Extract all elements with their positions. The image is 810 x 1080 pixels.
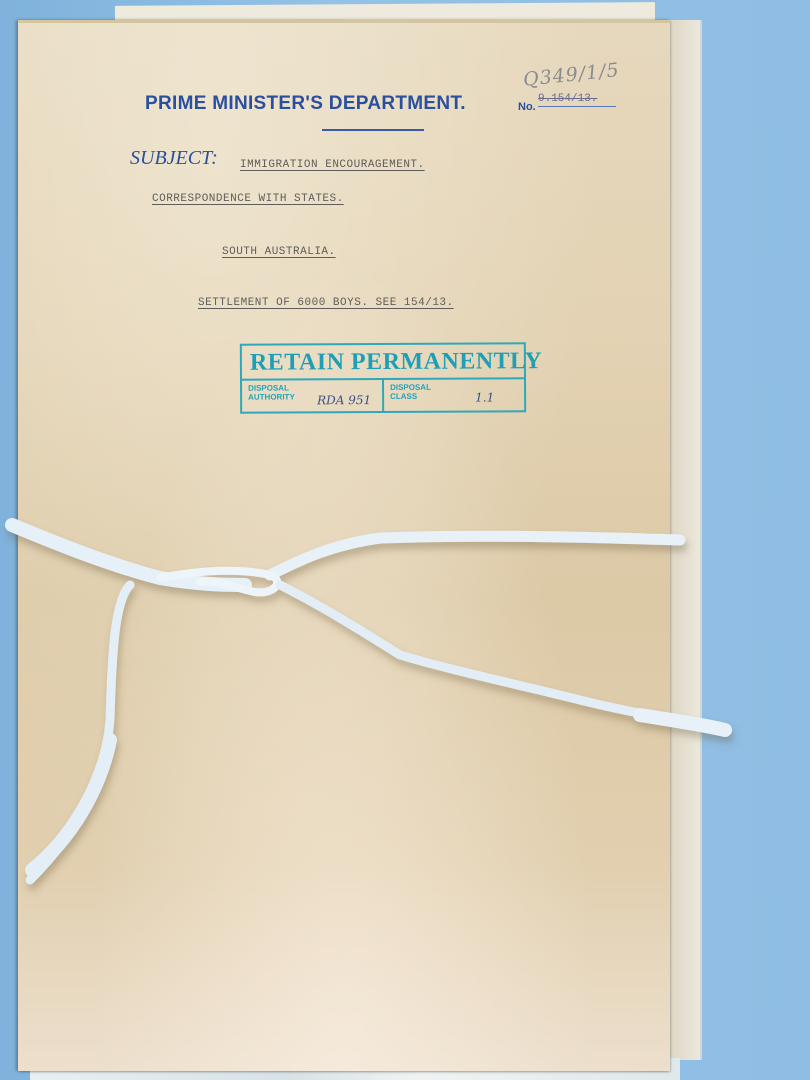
binding-string-icon [0,0,810,1080]
